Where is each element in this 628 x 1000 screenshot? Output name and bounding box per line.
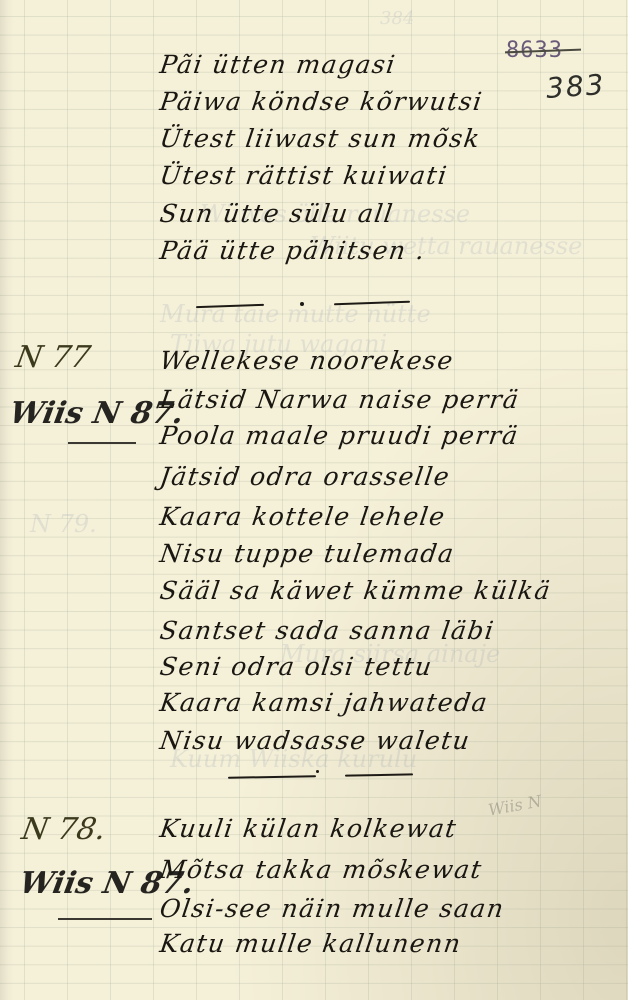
separator-stroke [345,773,413,776]
separator-stroke [334,301,410,306]
verse-line: Mõtsa takka mõskewat [158,855,484,884]
verse-line: Sääl sa käwet kümme külkä [158,576,553,605]
verse-line: Seni odra olsi tettu [158,652,435,681]
poem-number-label: N 77 [13,340,93,375]
verse-line: Ütest liiwast sun mõsk [158,124,483,153]
bleed-through-text: Mura taie mutte nütte [160,300,431,328]
verse-line: Katu mulle kallunenn [158,929,464,958]
verse-line: Ütest rättist kuiwati [158,161,450,190]
verse-line: Nisu wadsasse waletu [158,726,473,755]
bleed-through-text: 384 [380,8,414,29]
separator-dot [300,302,304,306]
tune-reference-underline [58,918,152,920]
poem-number-label: N 78. [19,812,109,847]
verse-line: Pää ütte pähitsen . [158,236,428,265]
verse-line: Santset sada sanna läbi [158,616,497,645]
verse-line: Kuuli külan kolkewat [158,814,459,843]
verse-line: Wellekese noorekese [158,346,456,375]
verse-line: Kaara kottele lehele [158,502,448,531]
separator-stroke [228,775,316,779]
separator-stroke [196,304,264,308]
verse-line: Olsi-see näin mulle saan [158,894,507,923]
verse-line: Kaara kamsi jahwateda [158,688,490,717]
tune-reference-underline [68,442,136,444]
verse-line: Poola maale pruudi perrä [158,421,521,450]
verse-line: Nisu tuppe tulemada [158,539,457,568]
verse-line: Lätsid Narwa naise perrä [158,385,522,414]
manuscript-page: Wiiwas ölle rauanesse Wiitu wetta rauane… [0,0,628,1000]
verse-line: Sun ütte sülu all [158,199,396,228]
verse-line: Päiwa köndse kõrwutsi [158,87,485,116]
bleed-through-text: N 79. [30,510,97,538]
pencil-annotation: Wiis N [487,791,543,819]
verse-line: Jätsid odra orasselle [158,462,452,491]
separator-dot [316,770,319,773]
page-number: 383 [545,68,607,105]
verse-line: Pãi ütten magasi [158,50,398,79]
